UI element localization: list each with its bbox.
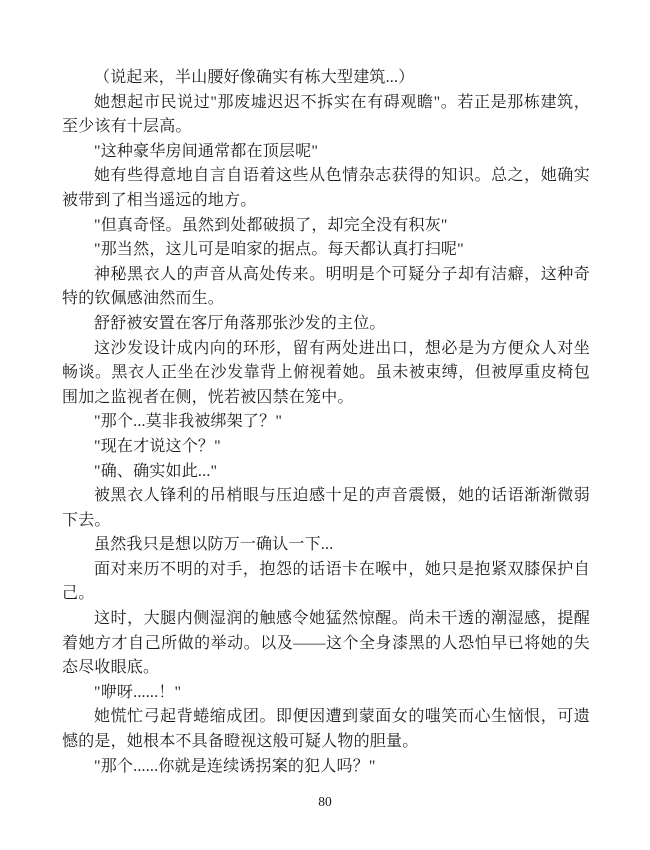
text-block: （说起来，半山腰好像确实有栋大型建筑...）她想起市民说过"那废墟迟迟不拆实在有…: [62, 66, 590, 779]
document-page: （说起来，半山腰好像确实有栋大型建筑...）她想起市民说过"那废墟迟迟不拆实在有…: [0, 0, 650, 850]
paragraph: 虽然我只是想以防万一确认一下...: [62, 533, 590, 558]
paragraph: 这时，大腿内侧湿润的触感令她猛然惊醒。尚未干透的潮湿感，提醒着她方才自己所做的举…: [62, 607, 590, 681]
paragraph: 神秘黑衣人的声音从高处传来。明明是个可疑分子却有洁癖，这种奇特的钦佩感油然而生。: [62, 263, 590, 312]
paragraph: 面对来历不明的对手，抱怨的话语卡在喉中，她只是抱紧双膝保护自己。: [62, 558, 590, 607]
page-number: 80: [0, 794, 650, 810]
paragraph: 被黑衣人锋利的吊梢眼与压迫感十足的声音震慑，她的话语渐渐微弱下去。: [62, 484, 590, 533]
paragraph: 她慌忙弓起背蜷缩成团。即便因遭到蒙面女的嗤笑而心生恼恨，可遗憾的是，她根本不具备…: [62, 705, 590, 754]
paragraph: "那个...莫非我被绑架了？": [62, 410, 590, 435]
paragraph: "但真奇怪。虽然到处都破损了，却完全没有积灰": [62, 214, 590, 239]
paragraph: 她想起市民说过"那废墟迟迟不拆实在有碍观瞻"。若正是那栋建筑，至少该有十层高。: [62, 91, 590, 140]
paragraph: 这沙发设计成内向的环形，留有两处进出口，想必是为方便众人对坐畅谈。黑衣人正坐在沙…: [62, 337, 590, 411]
paragraph: （说起来，半山腰好像确实有栋大型建筑...）: [62, 66, 590, 91]
paragraph: "那当然，这儿可是咱家的据点。每天都认真打扫呢": [62, 238, 590, 263]
paragraph: "现在才说这个？": [62, 435, 590, 460]
paragraph: "确、确实如此...": [62, 460, 590, 485]
paragraph: 舒舒被安置在客厅角落那张沙发的主位。: [62, 312, 590, 337]
paragraph: "那个......你就是连续诱拐案的犯人吗？": [62, 755, 590, 780]
paragraph: 她有些得意地自言自语着这些从色情杂志获得的知识。总之，她确实被带到了相当遥远的地…: [62, 164, 590, 213]
paragraph: "这种豪华房间通常都在顶层呢": [62, 140, 590, 165]
paragraph: "咿呀......！": [62, 681, 590, 706]
